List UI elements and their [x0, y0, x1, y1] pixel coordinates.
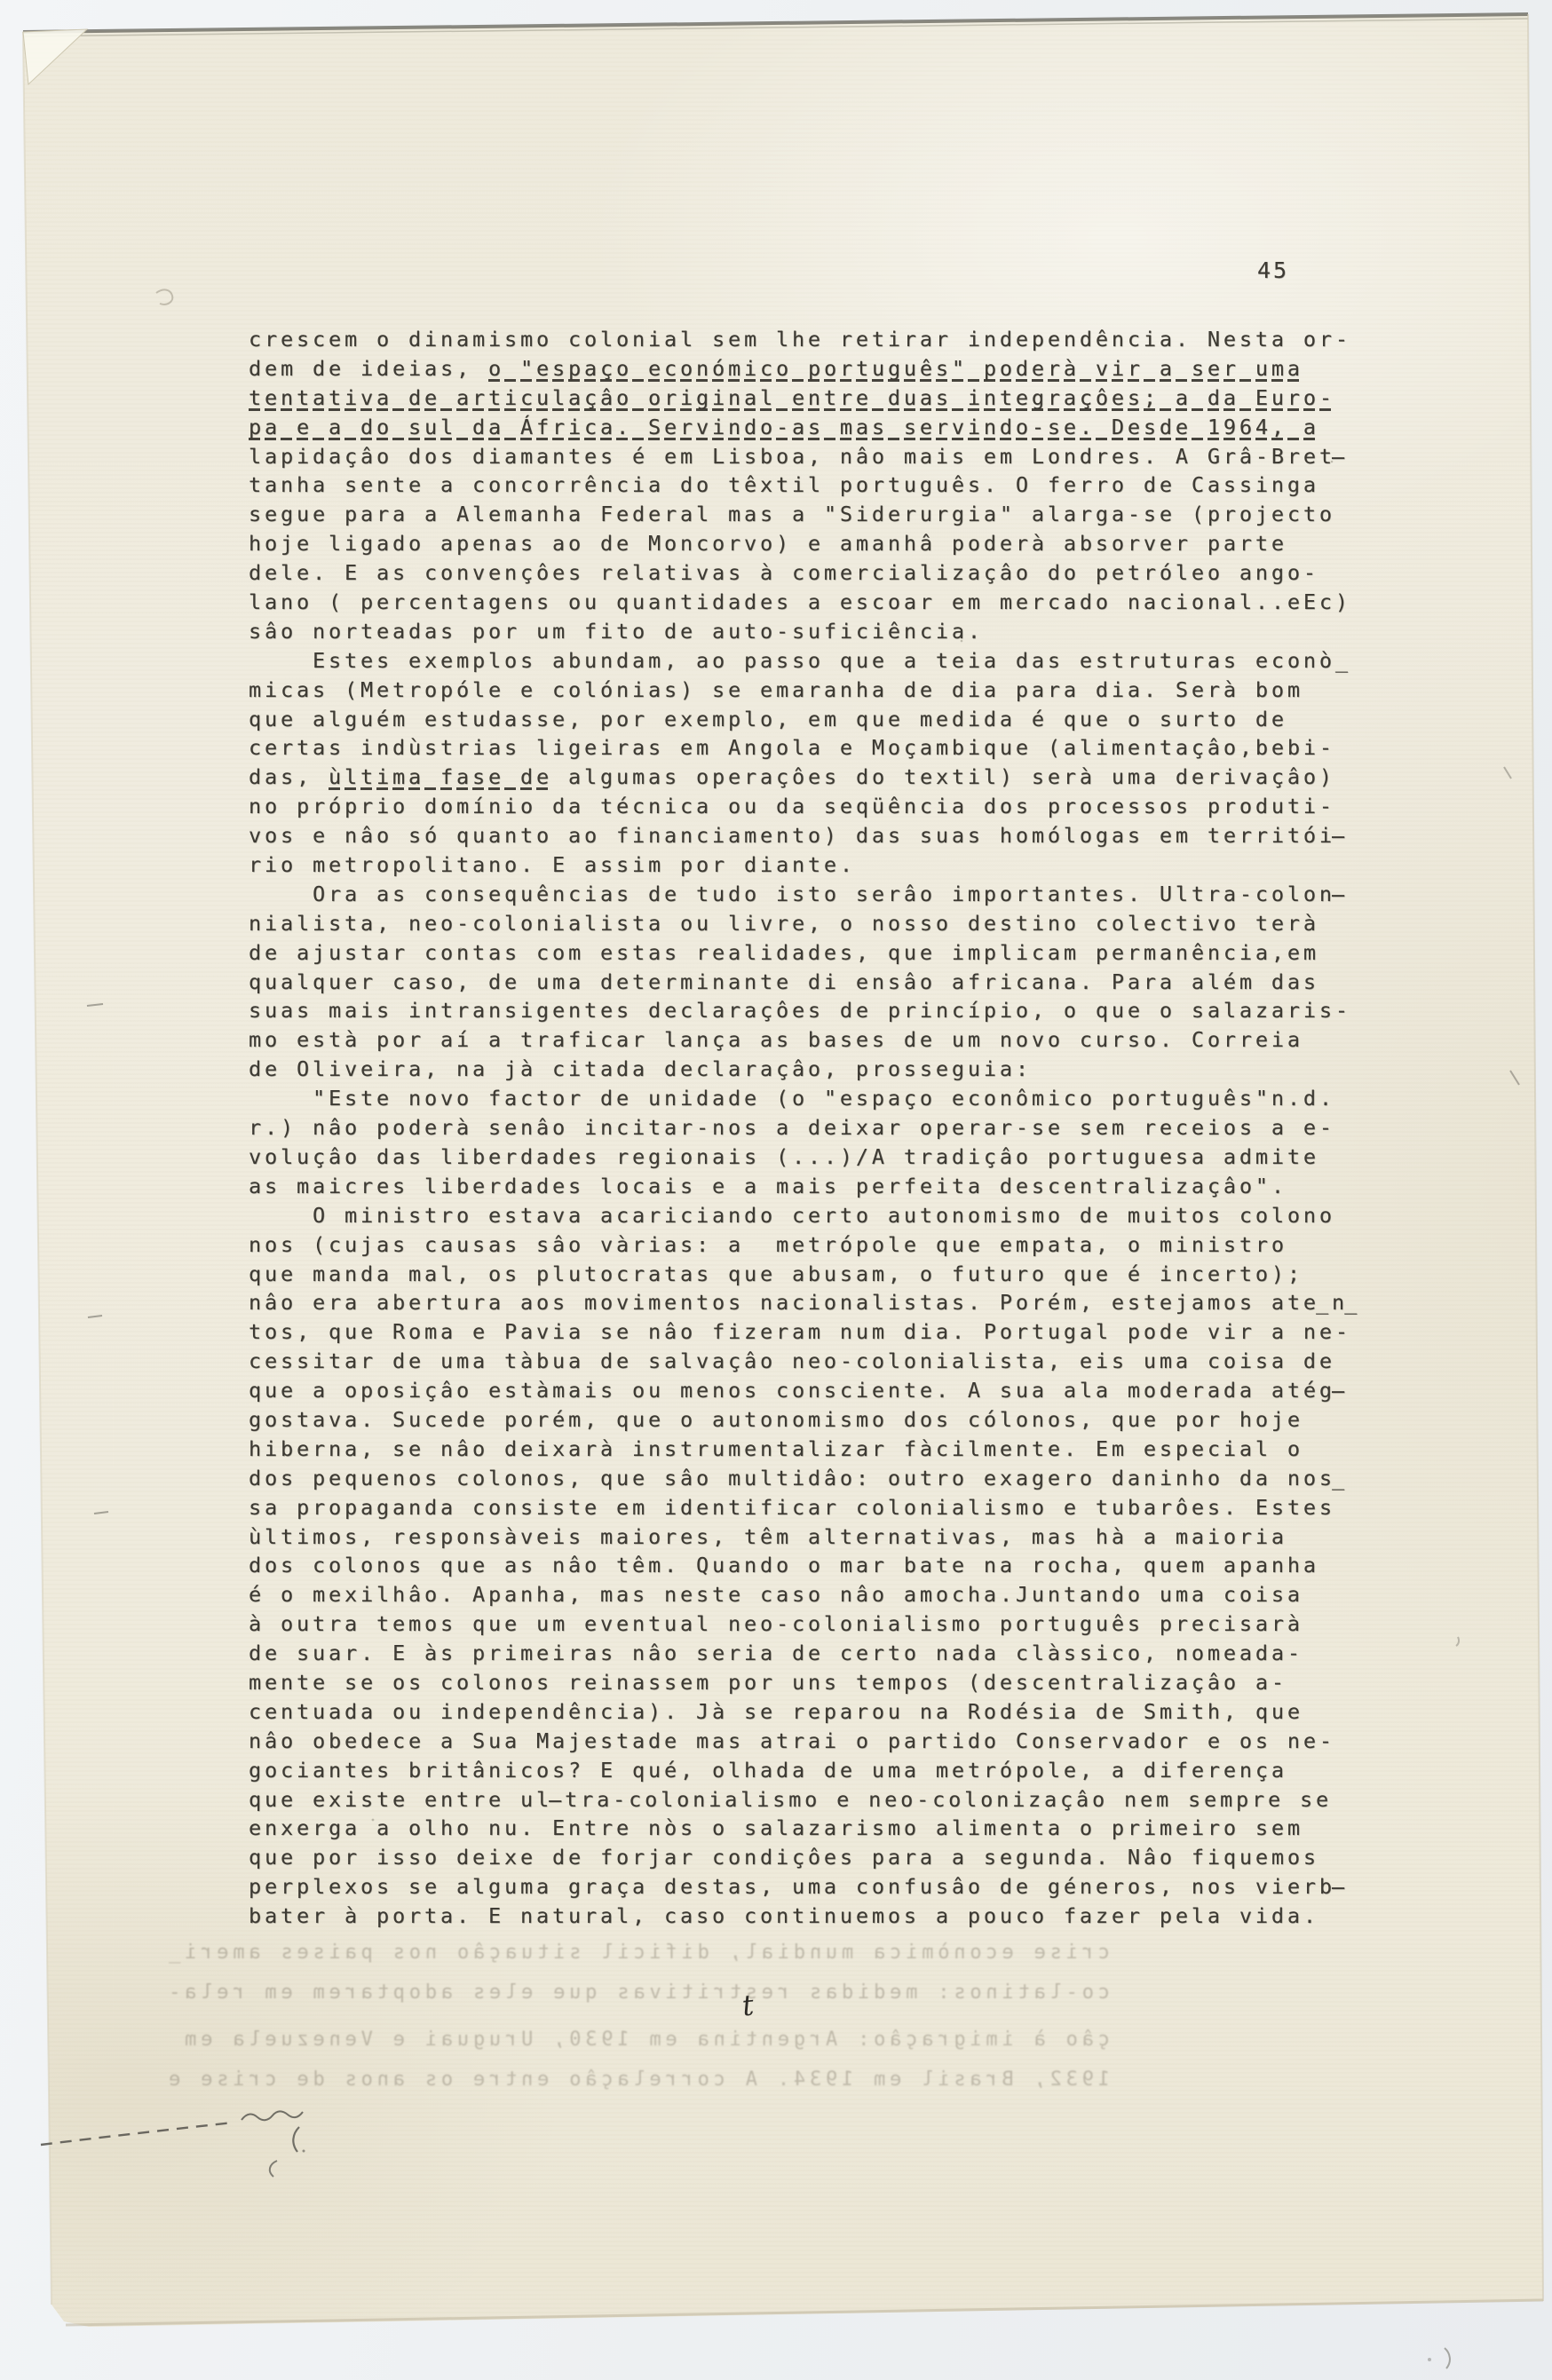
- typed-line: vos e nâo só quanto ao financiamento) da…: [249, 821, 1360, 850]
- typed-line: que existe entre ul̶tra-colonialismo e n…: [249, 1785, 1360, 1815]
- typed-line: micas (Metropóle e colónias) se emaranha…: [249, 676, 1360, 705]
- pencil-paren-mark: [1445, 2348, 1450, 2368]
- typed-line: pa e a do sul da África. Servindo-as mas…: [249, 413, 1360, 442]
- typed-line: lano ( percentagens ou quantidades a esc…: [249, 588, 1360, 617]
- typed-line: Ora as consequências de tudo isto serâo …: [249, 880, 1360, 909]
- typed-line: à outra temos que um eventual neo-coloni…: [249, 1609, 1360, 1639]
- typed-line: gociantes britânicos? E qué, olhada de u…: [249, 1756, 1360, 1785]
- typed-line: é o mexilhâo. Apanha, mas neste caso nâo…: [249, 1580, 1360, 1609]
- typed-line: hoje ligado apenas ao de Moncorvo) e ama…: [249, 529, 1360, 558]
- typed-line: hiberna, se nâo deixarà instrumentalizar…: [249, 1435, 1360, 1464]
- typed-line: O ministro estava acariciando certo auto…: [249, 1201, 1360, 1230]
- typed-line: cessitar de uma tàbua de salvaçâo neo-co…: [249, 1347, 1360, 1376]
- page-number: 45: [1257, 257, 1289, 283]
- bleed-through-line: crise econòmica mundial, dificil situaçâ…: [133, 1940, 1110, 1966]
- scanned-typewritten-page: { "page": { "number": "45" }, "colors": …: [0, 0, 1552, 2380]
- typed-line: "Este novo factor de unidade (o "espaço …: [249, 1084, 1360, 1113]
- typed-line: qualquer caso, de uma determinante di en…: [249, 968, 1360, 997]
- typed-line: mo està por aí a traficar lança as bases…: [249, 1025, 1360, 1055]
- typed-line: segue para a Alemanha Federal mas a "Sid…: [249, 500, 1360, 529]
- typed-line: ùltimos, responsàveis maiores, têm alter…: [249, 1522, 1360, 1552]
- typed-text: crescem o dinamismo colonial sem lhe ret…: [249, 325, 1360, 1931]
- typed-line: que por isso deixe de forjar condiçôes p…: [249, 1843, 1360, 1872]
- pencil-dot: [1428, 2358, 1431, 2361]
- typed-line: bater à porta. E natural, caso continuem…: [249, 1902, 1360, 1931]
- typed-line: tanha sente a concorrência do têxtil por…: [249, 470, 1360, 500]
- typed-line: que a oposiçâo estàmais ou menos conscie…: [249, 1376, 1360, 1405]
- typed-line: enxerga a olho nu. Entre nòs o salazaris…: [249, 1814, 1360, 1843]
- typed-line: das, ùltima fase de algumas operaçôes do…: [249, 763, 1360, 792]
- typed-line: dos colonos que as nâo têm. Quando o mar…: [249, 1551, 1360, 1580]
- typed-line: dos pequenos colonos, que sâo multidâo: …: [249, 1464, 1360, 1493]
- paper-sheet: 45 crescem o dinamismo colonial sem lhe …: [0, 0, 1552, 2380]
- bleed-through-line: çâo à imigraçâo: Argentina em 1930, Urug…: [133, 2027, 1110, 2053]
- typed-line: voluçâo das liberdades regionais (...)/A…: [249, 1143, 1360, 1172]
- typed-line: certas indùstrias ligeiras em Angola e M…: [249, 733, 1360, 763]
- typed-line: nâo obedece a Sua Majestade mas atrai o …: [249, 1727, 1360, 1756]
- bleed-through-line: 1932, Brasil em 1934. A correlaçâo entre…: [133, 2067, 1110, 2093]
- typed-line: tos, que Roma e Pavia se nâo fizeram num…: [249, 1317, 1360, 1347]
- typed-line: que alguém estudasse, por exemplo, em qu…: [249, 705, 1360, 734]
- typed-line: lapidaçâo dos diamantes é em Lisboa, nâo…: [249, 442, 1360, 471]
- typed-line: suas mais intransigentes declaraçôes de …: [249, 996, 1360, 1025]
- typed-line: de ajustar contas com estas realidades, …: [249, 938, 1360, 968]
- typed-line: dem de ideias, o "espaço económico portu…: [249, 354, 1360, 383]
- typed-line: nâo era abertura aos movimentos nacional…: [249, 1288, 1360, 1317]
- typed-line: gostava. Sucede porém, que o autonomismo…: [249, 1405, 1360, 1435]
- typed-line: mente se os colonos reinassem por uns te…: [249, 1668, 1360, 1697]
- typed-line: Estes exemplos abundam, ao passo que a t…: [249, 646, 1360, 676]
- typed-line: sâo norteadas por um fito de auto-sufici…: [249, 617, 1360, 646]
- typed-line: no próprio domínio da técnica ou da seqü…: [249, 792, 1360, 821]
- bleed-through-line: co-latinos: medidas restritivas que eles…: [133, 1980, 1110, 2006]
- typed-line: de Oliveira, na jà citada declaraçâo, pr…: [249, 1055, 1360, 1084]
- typed-line: centuada ou independência). Jà se reparo…: [249, 1697, 1360, 1727]
- typed-line: que manda mal, os plutocratas que abusam…: [249, 1260, 1360, 1289]
- typed-line: crescem o dinamismo colonial sem lhe ret…: [249, 325, 1360, 354]
- typed-line: nos (cujas causas sâo vàrias: a metrópol…: [249, 1230, 1360, 1260]
- typed-line: de suar. E às primeiras nâo seria de cer…: [249, 1639, 1360, 1668]
- typed-line: tentativa de articulaçâo original entre …: [249, 383, 1360, 413]
- typed-line: rio metropolitano. E assim por diante.: [249, 850, 1360, 880]
- typed-line: nialista, neo-colonialista ou livre, o n…: [249, 909, 1360, 938]
- typed-line: dele. E as convençôes relativas à comerc…: [249, 558, 1360, 588]
- typed-line: r.) nâo poderà senâo incitar-nos a deixa…: [249, 1113, 1360, 1143]
- handwritten-t-mark: t: [740, 1988, 756, 2022]
- typed-line: perplexos se alguma graça destas, uma co…: [249, 1872, 1360, 1902]
- typed-line: sa propaganda consiste em identificar co…: [249, 1493, 1360, 1522]
- typed-line: as maicres liberdades locais e a mais pe…: [249, 1172, 1360, 1201]
